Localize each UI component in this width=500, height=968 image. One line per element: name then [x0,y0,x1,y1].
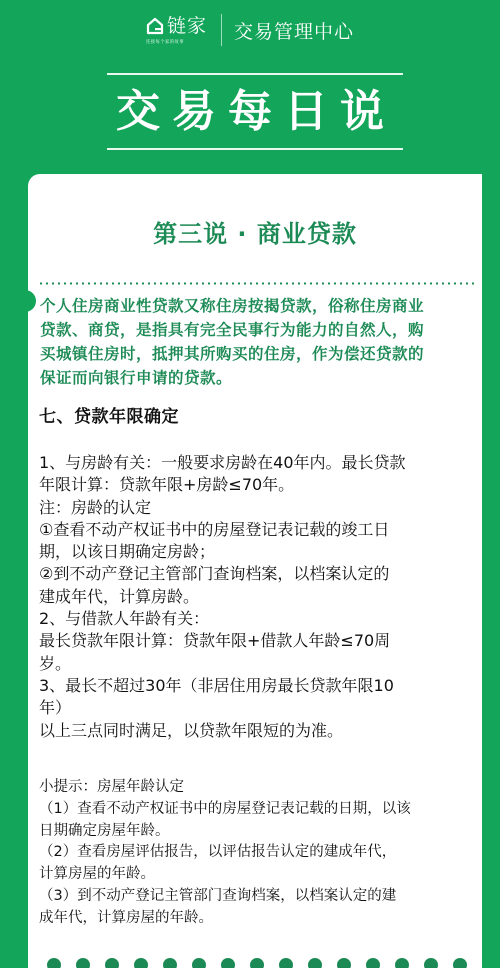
body-line: 2、与借款人年龄有关： [39,608,471,630]
card-notch [20,290,36,312]
intro-line: 保证而向银行申请的贷款。 [40,366,476,390]
intro-line: 买城镇住房时，抵押其所购买的住房，作为偿还贷款的 [40,342,476,366]
header: 链家 连接每个家的故事 交易管理中心 [0,0,500,60]
dotted-divider [38,282,474,285]
body-line: 3、最长不超过30年（非居住用房最长贷款年限10 [39,675,471,697]
header-divider [221,14,222,46]
section-heading: 七、贷款年限确定 [39,402,179,427]
body-line: 期，以该日期确定房龄； [39,541,471,563]
title-rule-top [107,73,403,75]
scallop-dot [453,958,467,968]
department-name: 交易管理中心 [234,17,354,44]
tip-line: （1）查看不动产权证书中的房屋登记表记载的日期，以该 [39,799,475,821]
scallop-dot [192,958,206,968]
scallop-dot [47,958,61,968]
lianjia-logo: 链家 连接每个家的故事 [146,16,207,45]
scallop-dot [105,958,119,968]
scallop-dot [395,958,409,968]
scallop-dot [279,958,293,968]
tip-line: 日期确定房屋年龄。 [39,821,475,843]
main-title: 交易每日说 [0,80,500,144]
scallop-dot [250,958,264,968]
body-text: 1、与房龄有关：一般要求房龄在40年内。最长贷款 年限计算：贷款年限+房龄≤70… [39,452,471,742]
tip-line: 小提示：房屋年龄认定 [39,777,475,799]
scallop-dot [308,958,322,968]
scallop-dot [76,958,90,968]
title-rule-bottom [107,148,403,150]
body-line: 年） [39,697,471,719]
card-subtitle: 第三说 · 商业贷款 [28,214,482,249]
body-line: 年限计算：贷款年限+房龄≤70年。 [39,474,471,496]
content-card: 第三说 · 商业贷款 个人住房商业性贷款又称住房按揭贷款，俗称住房商业 贷款、商… [28,174,482,968]
intro-paragraph: 个人住房商业性贷款又称住房按揭贷款，俗称住房商业 贷款、商贷，是指具有完全民事行… [40,294,476,390]
intro-line: 贷款、商贷，是指具有完全民事行为能力的自然人，购 [40,318,476,342]
tip-line: （2）查看房屋评估报告，以评估报告认定的建成年代， [39,842,475,864]
tip-line: 成年代，计算房屋的年龄。 [39,908,475,930]
tip-section: 小提示：房屋年龄认定 （1）查看不动产权证书中的房屋登记表记载的日期，以该 日期… [39,777,475,930]
body-line: 最长贷款年限计算：贷款年限+借款人年龄≤70周 [39,630,471,652]
scallop-dot [424,958,438,968]
body-line: 注：房龄的认定 [39,497,471,519]
body-line: 以上三点同时满足，以贷款年限短的为准。 [39,720,471,742]
logo-tagline: 连接每个家的故事 [146,39,184,45]
scallop-dot [366,958,380,968]
tip-line: 计算房屋的年龄。 [39,864,475,886]
body-line: 建成年代，计算房龄。 [39,586,471,608]
decorative-scallop-row [0,958,500,968]
tip-line: （3）到不动产登记主管部门查询档案，以档案认定的建 [39,886,475,908]
body-line: ①查看不动产权证书中的房屋登记表记载的竣工日 [39,519,471,541]
scallop-dot [134,958,148,968]
body-line: 岁。 [39,653,471,675]
scallop-dot [221,958,235,968]
scallop-dot [337,958,351,968]
scallop-dot [163,958,177,968]
body-line: 1、与房龄有关：一般要求房龄在40年内。最长贷款 [39,452,471,474]
body-line: ②到不动产登记主管部门查询档案，以档案认定的 [39,563,471,585]
intro-line: 个人住房商业性贷款又称住房按揭贷款，俗称住房商业 [40,294,476,318]
house-outline-icon [146,17,164,35]
logo-text: 链家 [167,16,207,36]
